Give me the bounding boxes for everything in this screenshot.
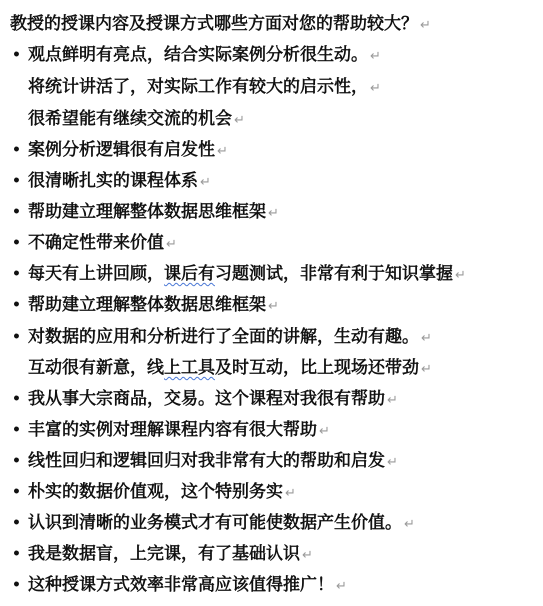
list-item: •很清晰扎实的课程体系↵ [12, 171, 211, 193]
list-item: •丰富的实例对理解课程内容有很大帮助↵ [12, 420, 330, 442]
list-item-text: 习题测试，非常有利于知识掌握 [215, 264, 453, 284]
paragraph-mark-icon: ↵ [285, 486, 296, 501]
paragraph-mark-icon: ↵ [166, 237, 177, 252]
paragraph-mark-icon: ↵ [421, 331, 432, 346]
list-item: •帮助建立理解整体数据思维框架↵ [12, 202, 279, 224]
list-item-text: 丰富的实例对理解课程内容有很大帮助 [28, 420, 317, 440]
bullet-icon: • [12, 451, 28, 471]
paragraph-mark-icon: ↵ [336, 579, 347, 594]
bullet-icon: • [12, 420, 28, 440]
paragraph-mark-icon: ↵ [420, 18, 431, 33]
list-item-continuation: 将统计讲活了，对实际工作有较大的启示性，↵ [28, 77, 381, 99]
list-item: •每天有上讲回顾，课后有习题测试，非常有利于知识掌握↵ [12, 264, 466, 286]
list-item-text: 互动很有新意，线 [28, 358, 164, 378]
paragraph-mark-icon: ↵ [404, 517, 415, 532]
list-item-text: 认识到清晰的业务模式才有可能使数据产生价值。 [28, 513, 402, 533]
bullet-icon: • [12, 513, 28, 533]
list-item-text: 线性回归和逻辑回归对我非常有大的帮助和启发 [28, 451, 385, 471]
list-item: •案例分析逻辑很有启发性↵ [12, 140, 228, 162]
list-item-text: 朴实的数据价值观，这个特别务实 [28, 482, 283, 502]
list-item: •这种授课方式效率非常高应该值得推广！↵ [12, 575, 347, 597]
paragraph-mark-icon: ↵ [387, 455, 398, 470]
bullet-icon: • [12, 202, 28, 222]
list-item-text: 案例分析逻辑很有启发性 [28, 140, 215, 160]
list-item: •不确定性带来价值↵ [12, 233, 177, 255]
list-item: •观点鲜明有亮点，结合实际案例分析很生动。↵ [12, 45, 381, 67]
bullet-icon: • [12, 389, 28, 409]
list-item: •对数据的应用和分析进行了全面的讲解，生动有趣。↵ [12, 327, 432, 349]
list-item-text: 将统计讲活了，对实际工作有较大的启示性， [28, 77, 368, 97]
paragraph-mark-icon: ↵ [455, 268, 466, 283]
bullet-icon: • [12, 544, 28, 564]
list-item-text: 及时互动，比上现场还带劲 [215, 358, 419, 378]
bullet-icon: • [12, 45, 28, 65]
list-item-continuation: 互动很有新意，线上工具及时互动，比上现场还带劲↵ [28, 358, 432, 380]
list-item-text: 不确定性带来价值 [28, 233, 164, 253]
list-item-text: 我是数据盲，上完课，有了基础认识 [28, 544, 300, 564]
list-item: •朴实的数据价值观，这个特别务实↵ [12, 482, 296, 504]
list-item: •我从事大宗商品，交易。这个课程对我很有帮助↵ [12, 389, 398, 411]
paragraph-mark-icon: ↵ [387, 393, 398, 408]
list-item: •线性回归和逻辑回归对我非常有大的帮助和启发↵ [12, 451, 398, 473]
paragraph-mark-icon: ↵ [302, 548, 313, 563]
paragraph-mark-icon: ↵ [217, 144, 228, 159]
list-item-text: 我从事大宗商品，交易。这个课程对我很有帮助 [28, 389, 385, 409]
paragraph-mark-icon: ↵ [421, 362, 432, 377]
paragraph-mark-icon: ↵ [268, 299, 279, 314]
paragraph-mark-icon: ↵ [370, 49, 381, 64]
spellcheck-squiggle[interactable]: 课后有 [164, 264, 215, 284]
list-item-text: 帮助建立理解整体数据思维框架 [28, 295, 266, 315]
bullet-icon: • [12, 327, 28, 347]
list-item: •认识到清晰的业务模式才有可能使数据产生价值。↵ [12, 513, 415, 535]
spellcheck-squiggle[interactable]: 上工具 [164, 358, 215, 378]
paragraph-mark-icon: ↵ [370, 81, 381, 96]
title-text: 教授的授课内容及授课方式哪些方面对您的帮助较大？ [10, 14, 418, 34]
list-item-text: 这种授课方式效率非常高应该值得推广！ [28, 575, 334, 595]
paragraph-mark-icon: ↵ [319, 424, 330, 439]
bullet-icon: • [12, 233, 28, 253]
bullet-icon: • [12, 295, 28, 315]
bullet-icon: • [12, 171, 28, 191]
paragraph-mark-icon: ↵ [200, 175, 211, 190]
list-item-text: 对数据的应用和分析进行了全面的讲解，生动有趣。 [28, 327, 419, 347]
list-item-continuation: 很希望能有继续交流的机会↵ [28, 109, 245, 131]
paragraph-mark-icon: ↵ [268, 206, 279, 221]
list-item-text: 观点鲜明有亮点，结合实际案例分析很生动。 [28, 45, 368, 65]
bullet-icon: • [12, 575, 28, 595]
bullet-icon: • [12, 264, 28, 284]
paragraph-mark-icon: ↵ [234, 113, 245, 128]
list-item: •我是数据盲，上完课，有了基础认识↵ [12, 544, 313, 566]
list-item-text: 很希望能有继续交流的机会 [28, 109, 232, 129]
bullet-icon: • [12, 482, 28, 502]
list-item: •帮助建立理解整体数据思维框架↵ [12, 295, 279, 317]
list-item-text: 每天有上讲回顾， [28, 264, 164, 284]
bullet-icon: • [12, 140, 28, 160]
list-item-text: 很清晰扎实的课程体系 [28, 171, 198, 191]
list-item-text: 帮助建立理解整体数据思维框架 [28, 202, 266, 222]
question-title: 教授的授课内容及授课方式哪些方面对您的帮助较大？↵ [10, 14, 431, 36]
